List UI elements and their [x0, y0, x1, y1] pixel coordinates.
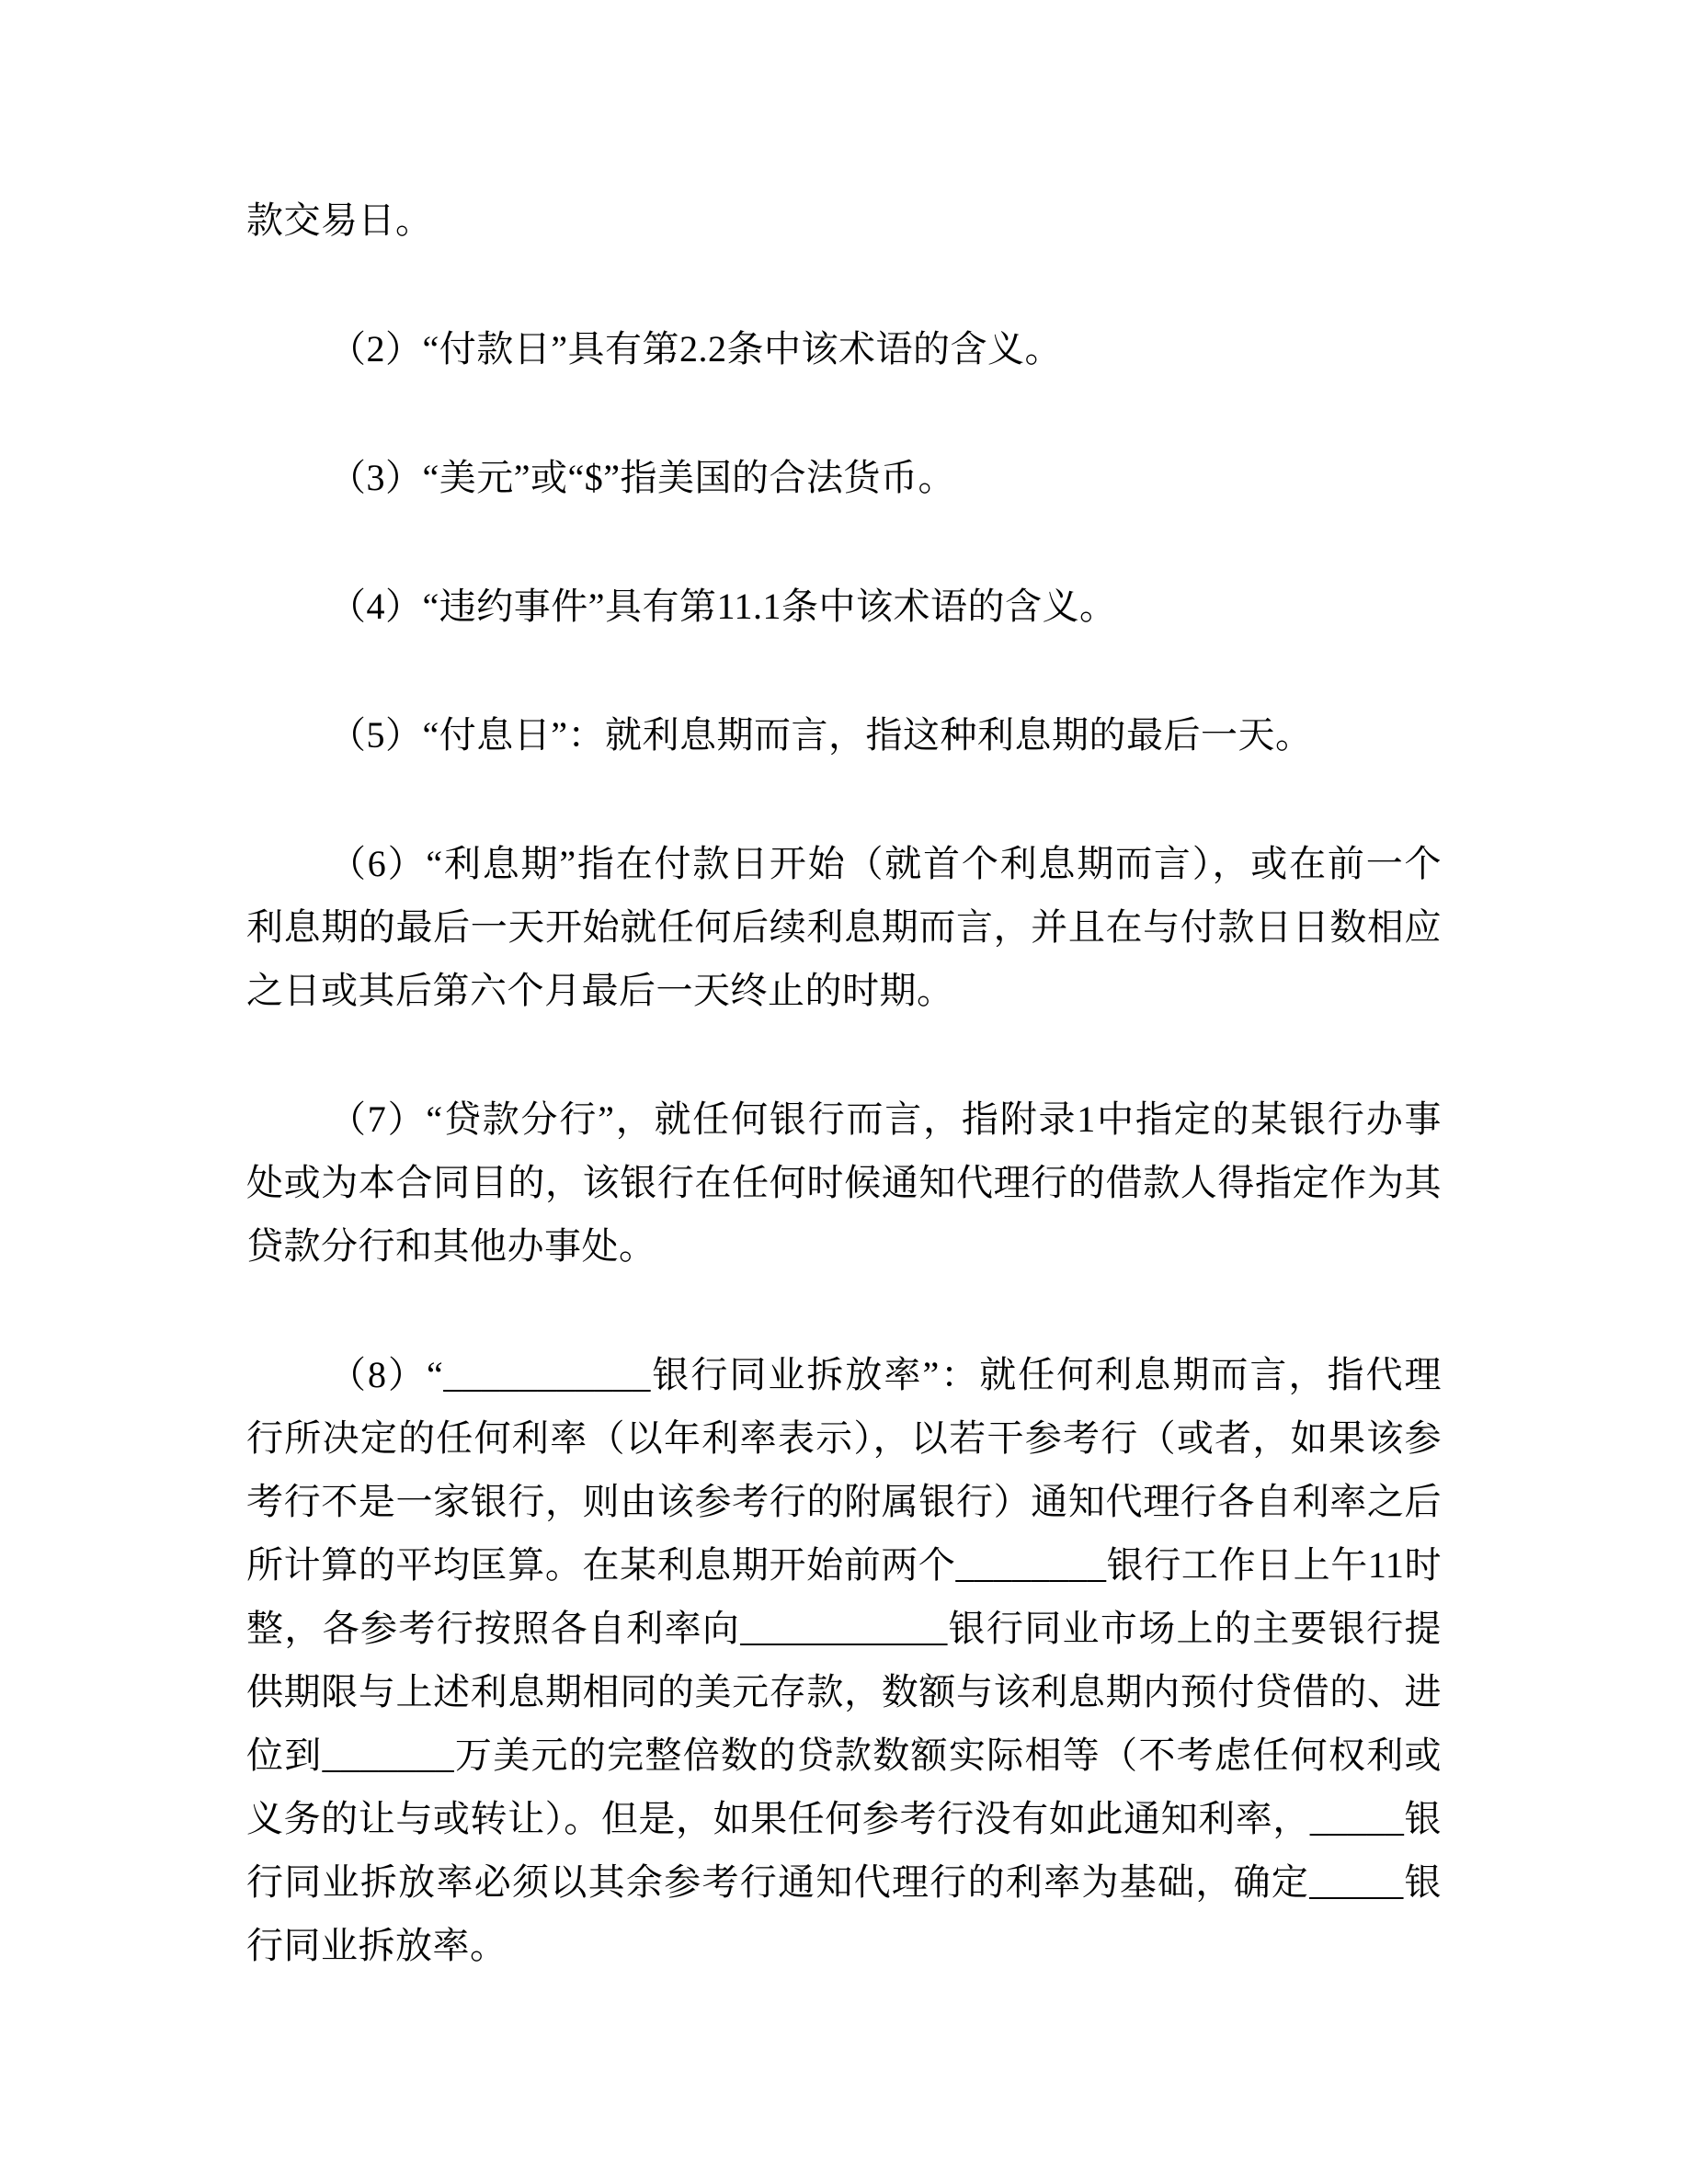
- document-page: 款交易日。 （2）“付款日”具有第2.2条中该术语的含义。 （3）“美元”或“$…: [0, 0, 1688, 2184]
- paragraph-item-6: （6）“利息期”指在付款日开始（就首个利息期而言），或在前一个利息期的最后一天开…: [246, 832, 1442, 1022]
- paragraph-item-2: （2）“付款日”具有第2.2条中该术语的含义。: [246, 317, 1442, 381]
- paragraph-continuation: 款交易日。: [246, 188, 1442, 252]
- document-body: 款交易日。 （2）“付款日”具有第2.2条中该术语的含义。 （3）“美元”或“$…: [246, 188, 1442, 1977]
- paragraph-item-3: （3）“美元”或“$”指美国的合法货币。: [246, 446, 1442, 509]
- paragraph-item-4: （4）“违约事件”具有第11.1条中该术语的含义。: [246, 574, 1442, 638]
- paragraph-item-8: （8）“___________银行同业拆放率”：就任何利息期而言，指代理行所决定…: [246, 1343, 1442, 1977]
- paragraph-item-7: （7）“贷款分行”，就任何银行而言，指附录1中指定的某银行办事处或为本合同目的，…: [246, 1087, 1442, 1278]
- paragraph-item-5: （5）“付息日”：就利息期而言，指这种利息期的最后一天。: [246, 703, 1442, 767]
